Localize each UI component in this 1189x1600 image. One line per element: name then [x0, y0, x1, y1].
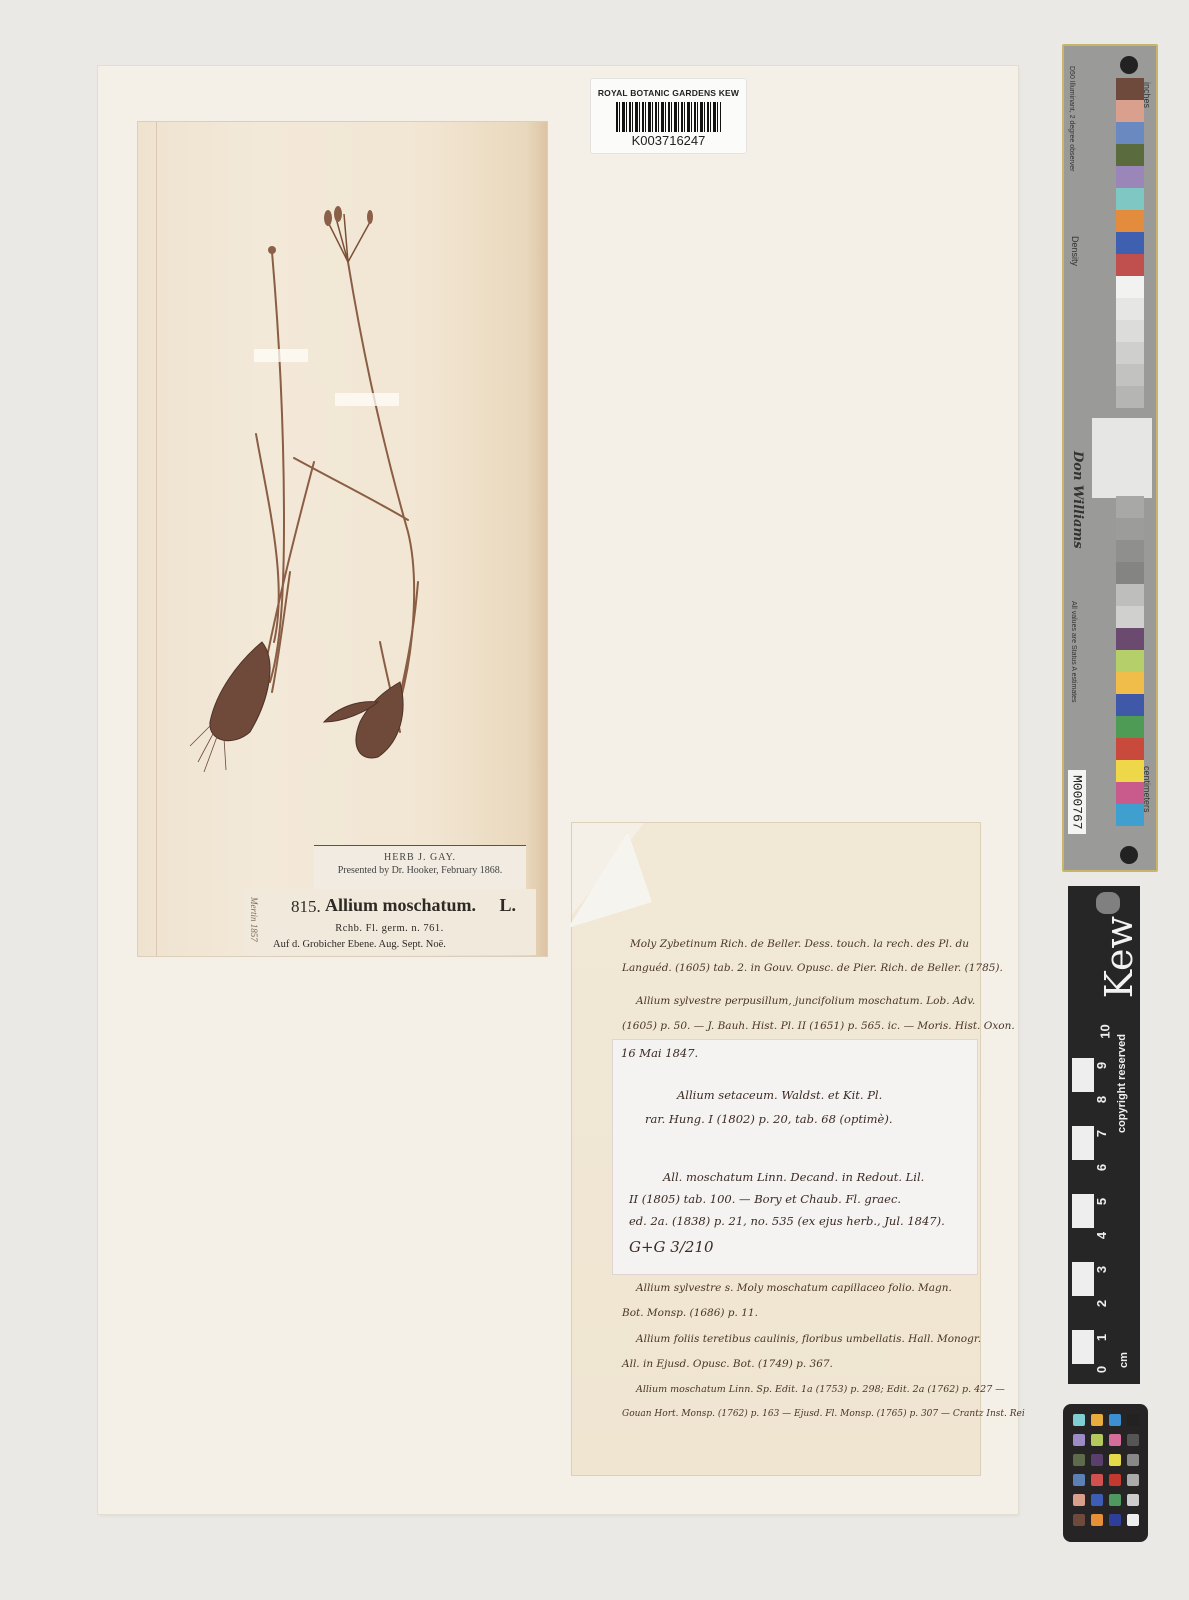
- tick-label: 2: [1094, 1300, 1109, 1307]
- color-swatch: [1116, 210, 1144, 232]
- checker-patch: [1091, 1414, 1103, 1426]
- handwritten-line: Gouan Hort. Monsp. (1762) p. 163 — Ejusd…: [622, 1409, 1025, 1419]
- color-swatch: [1116, 738, 1144, 760]
- checker-patch: [1127, 1474, 1139, 1486]
- tick-label: 3: [1094, 1266, 1109, 1273]
- handwritten-line: Languéd. (1605) tab. 2. in Gouv. Opusc. …: [622, 962, 1003, 974]
- handwritten-line: (1605) p. 50. — J. Bauh. Hist. Pl. II (1…: [622, 1020, 1015, 1032]
- royal-crest-icon: [1096, 892, 1120, 914]
- tick-label: 4: [1094, 1232, 1109, 1239]
- color-swatch: [1116, 782, 1144, 804]
- handwritten-line: Allium sylvestre s. Moly moschatum capil…: [636, 1282, 952, 1294]
- checker-patch: [1127, 1454, 1139, 1466]
- color-swatch: [1116, 144, 1144, 166]
- checker-patch: [1091, 1434, 1103, 1446]
- checker-patch: [1109, 1434, 1121, 1446]
- checker-patch: [1109, 1454, 1121, 1466]
- gray-swatch: [1116, 584, 1144, 606]
- color-swatch: [1116, 804, 1144, 826]
- color-swatch: [1116, 672, 1144, 694]
- scale-numbers: 10 9 8 7 6 5 4 3 2 1 0: [1098, 1024, 1114, 1364]
- handwritten-line: All. in Ejusd. Opusc. Bot. (1749) p. 367…: [622, 1358, 833, 1370]
- printed-species-label: Mertin 1857 815. Allium moschatum. L. Rc…: [243, 889, 536, 955]
- checker-patch: [1091, 1514, 1103, 1526]
- color-swatch: [1116, 78, 1144, 100]
- checker-patch: [1091, 1454, 1103, 1466]
- checker-patch: [1073, 1494, 1085, 1506]
- gray-swatch: [1116, 540, 1144, 562]
- provenance-text: Presented by Dr. Hooker, February 1868.: [314, 865, 526, 876]
- locality-text: Auf d. Grobicher Ebene. Aug. Sept. Noë.: [273, 939, 446, 950]
- color-swatch: [1116, 694, 1144, 716]
- specimen-number: 815.: [291, 897, 321, 917]
- checker-patch: [1109, 1494, 1121, 1506]
- checker-patch: [1127, 1434, 1139, 1446]
- literature-reference: Rchb. Fl. germ. n. 761.: [243, 923, 536, 934]
- tick-label: 8: [1094, 1096, 1109, 1103]
- checker-patch: [1109, 1474, 1121, 1486]
- handwritten-line: Bot. Monsp. (1686) p. 11.: [622, 1307, 758, 1319]
- gray-swatch: [1116, 518, 1144, 540]
- color-swatch: [1116, 628, 1144, 650]
- gray-swatch: [1116, 496, 1144, 518]
- color-swatch: [1116, 232, 1144, 254]
- gray-swatch: [1116, 562, 1144, 584]
- ruler-hole: [1120, 56, 1138, 74]
- barcode-number: K003716247: [591, 133, 746, 148]
- handwritten-line: Allium foliis teretibus caulinis, florib…: [636, 1333, 981, 1345]
- annotation-slip: 16 Mai 1847. Allium setaceum. Waldst. et…: [613, 1040, 977, 1274]
- checker-patch: [1127, 1414, 1139, 1426]
- gray-swatch: [1116, 320, 1144, 342]
- color-swatch: [1116, 100, 1144, 122]
- color-swatch: [1116, 760, 1144, 782]
- tick-label: 9: [1094, 1062, 1109, 1069]
- slip-line: II (1805) tab. 100. — Bory et Chaub. Fl.…: [629, 1192, 901, 1206]
- mounting-tape: [335, 393, 399, 406]
- institution-name: ROYAL BOTANIC GARDENS KEW: [591, 88, 746, 98]
- slip-line: rar. Hung. I (1802) p. 20, tab. 68 (opti…: [645, 1112, 893, 1126]
- handwritten-line: Moly Zybetinum Rich. de Beller. Dess. to…: [630, 938, 969, 950]
- kew-cm-scale: Kew 10 9 8 7 6 5 4 3 2 1 0 copyright res…: [1068, 886, 1140, 1384]
- checker-patch: [1073, 1454, 1085, 1466]
- checker-patch: [1109, 1414, 1121, 1426]
- checker-patch: [1091, 1494, 1103, 1506]
- barcode-icon: [616, 102, 721, 132]
- tick-label: 1: [1094, 1334, 1109, 1341]
- ruler-hole: [1120, 846, 1138, 864]
- color-swatch: [1116, 254, 1144, 276]
- gray-swatch: [1116, 342, 1144, 364]
- gray-target: [1092, 418, 1152, 498]
- illuminant-text: D50 Illuminant, 2 degree observer: [1068, 66, 1075, 171]
- color-swatch: [1116, 716, 1144, 738]
- color-swatch: [1116, 650, 1144, 672]
- checker-patch: [1127, 1514, 1139, 1526]
- checker-patch: [1073, 1434, 1085, 1446]
- herbarium-provenance-label: HERB J. GAY. Presented by Dr. Hooker, Fe…: [314, 845, 526, 891]
- status-note: All values are Status A estimates: [1070, 601, 1077, 703]
- gray-swatch: [1116, 364, 1144, 386]
- color-swatch: [1116, 188, 1144, 210]
- color-swatch: [1116, 166, 1144, 188]
- copyright-text: copyright reserved: [1116, 1034, 1128, 1133]
- gray-swatch: [1116, 386, 1144, 408]
- tick-label: 5: [1094, 1198, 1109, 1205]
- checker-patch: [1109, 1514, 1121, 1526]
- color-checker-card: [1063, 1404, 1148, 1542]
- checker-patch: [1127, 1494, 1139, 1506]
- color-density-scale: inches D50 Illuminant, 2 degree observer…: [1062, 44, 1158, 872]
- checker-patch: [1073, 1414, 1085, 1426]
- scale-bars: [1072, 1024, 1094, 1378]
- tick-label: 7: [1094, 1130, 1109, 1137]
- kew-logo: Kew: [1100, 916, 1138, 998]
- checker-patch: [1073, 1514, 1085, 1526]
- mounting-tape: [254, 349, 308, 362]
- slip-line: Allium setaceum. Waldst. et Kit. Pl.: [677, 1088, 882, 1102]
- slip-line: ed. 2a. (1838) p. 21, no. 535 (ex ejus h…: [629, 1214, 945, 1228]
- scale-id: M000767: [1068, 770, 1086, 834]
- taxon-name: Allium moschatum.: [325, 895, 476, 916]
- slip-reference-code: G+G 3/210: [629, 1238, 714, 1256]
- color-swatch: [1116, 122, 1144, 144]
- barcode-label: ROYAL BOTANIC GARDENS KEW K003716247: [591, 79, 746, 153]
- handwritten-line: Allium sylvestre perpusillum, juncifoliu…: [636, 995, 975, 1007]
- gray-swatch: [1116, 276, 1144, 298]
- taxon-author: L.: [499, 895, 516, 916]
- tick-label: 10: [1098, 1024, 1113, 1038]
- handwritten-side-note: Mertin 1857: [249, 897, 259, 942]
- gray-swatch: [1116, 606, 1144, 628]
- tick-label: 6: [1094, 1164, 1109, 1171]
- unit-label: cm: [1118, 1352, 1130, 1368]
- plant-specimen-icon: [138, 122, 547, 956]
- herbarium-name: HERB J. GAY.: [314, 852, 526, 863]
- slip-date: 16 Mai 1847.: [621, 1046, 698, 1060]
- brand-label: Don Williams: [1070, 451, 1085, 549]
- handwritten-line: Allium moschatum Linn. Sp. Edit. 1a (175…: [636, 1384, 1005, 1395]
- gray-swatch: [1116, 298, 1144, 320]
- density-label: Density: [1070, 236, 1080, 266]
- checker-patch: [1091, 1474, 1103, 1486]
- tick-label: 0: [1094, 1366, 1109, 1373]
- checker-patch: [1073, 1474, 1085, 1486]
- slip-line: All. moschatum Linn. Decand. in Redout. …: [663, 1170, 924, 1184]
